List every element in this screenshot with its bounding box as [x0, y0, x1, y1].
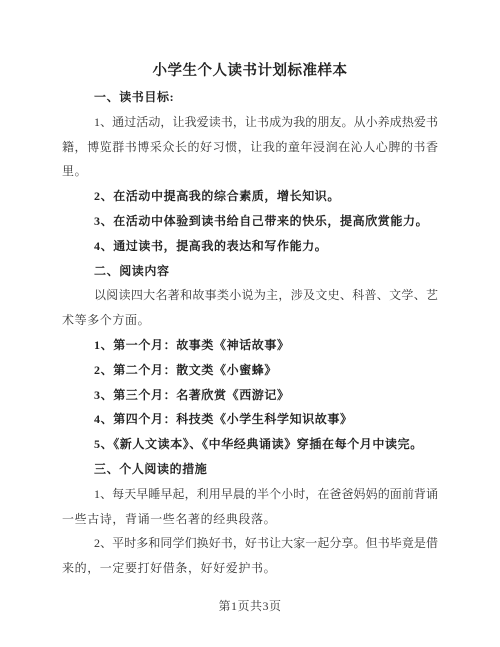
text-line: 2、第二个月：散文类《小蜜蜂》: [62, 358, 438, 383]
text-line: 1、第一个月：故事类《神话故事》: [62, 333, 438, 358]
text-line: 术等多个方面。: [62, 308, 438, 333]
text-line: 1、通过活动，让我爱读书，让书成为我的朋友。从小养成热爱书: [62, 110, 438, 135]
text-line: 一、读书目标:: [62, 85, 438, 110]
text-line: 以阅读四大名著和故事类小说为主，涉及文史、科普、文学、艺: [62, 283, 438, 308]
text-line: 2、在活动中提高我的综合素质，增长知识。: [62, 184, 438, 209]
text-line: 一些古诗，背诵一些名著的经典段落。: [62, 507, 438, 532]
text-line: 里。: [62, 159, 438, 184]
text-line: 3、在活动中体验到读书给自己带来的快乐，提高欣赏能力。: [62, 209, 438, 234]
text-line: 5、《新人文读本》、《中华经典诵读》穿插在每个月中读完。: [62, 432, 438, 457]
text-line: 4、第四个月：科技类《小学生科学知识故事》: [62, 407, 438, 432]
document-body: 一、读书目标:1、通过活动，让我爱读书，让书成为我的朋友。从小养成热爱书籍，博览…: [62, 85, 438, 581]
text-line: 籍，博览群书博采众长的好习惯，让我的童年浸润在沁人心脾的书香: [62, 135, 438, 160]
text-line: 1、每天早睡早起，利用早晨的半个小时，在爸爸妈妈的面前背诵: [62, 482, 438, 507]
text-line: 二、阅读内容: [62, 259, 438, 284]
document-title: 小学生个人读书计划标准样本: [62, 58, 438, 85]
text-line: 2、平时多和同学们换好书，好书让大家一起分享。但书毕竟是借: [62, 531, 438, 556]
text-line: 4、通过读书，提高我的表达和写作能力。: [62, 234, 438, 259]
text-line: 来的，一定要打好借条，好好爱护书。: [62, 556, 438, 581]
page-number-footer: 第1页共3页: [0, 594, 500, 619]
document-page: 小学生个人读书计划标准样本 一、读书目标:1、通过活动，让我爱读书，让书成为我的…: [0, 0, 500, 647]
text-line: 3、第三个月：名著欣赏《西游记》: [62, 383, 438, 408]
text-line: 三、个人阅读的措施: [62, 457, 438, 482]
